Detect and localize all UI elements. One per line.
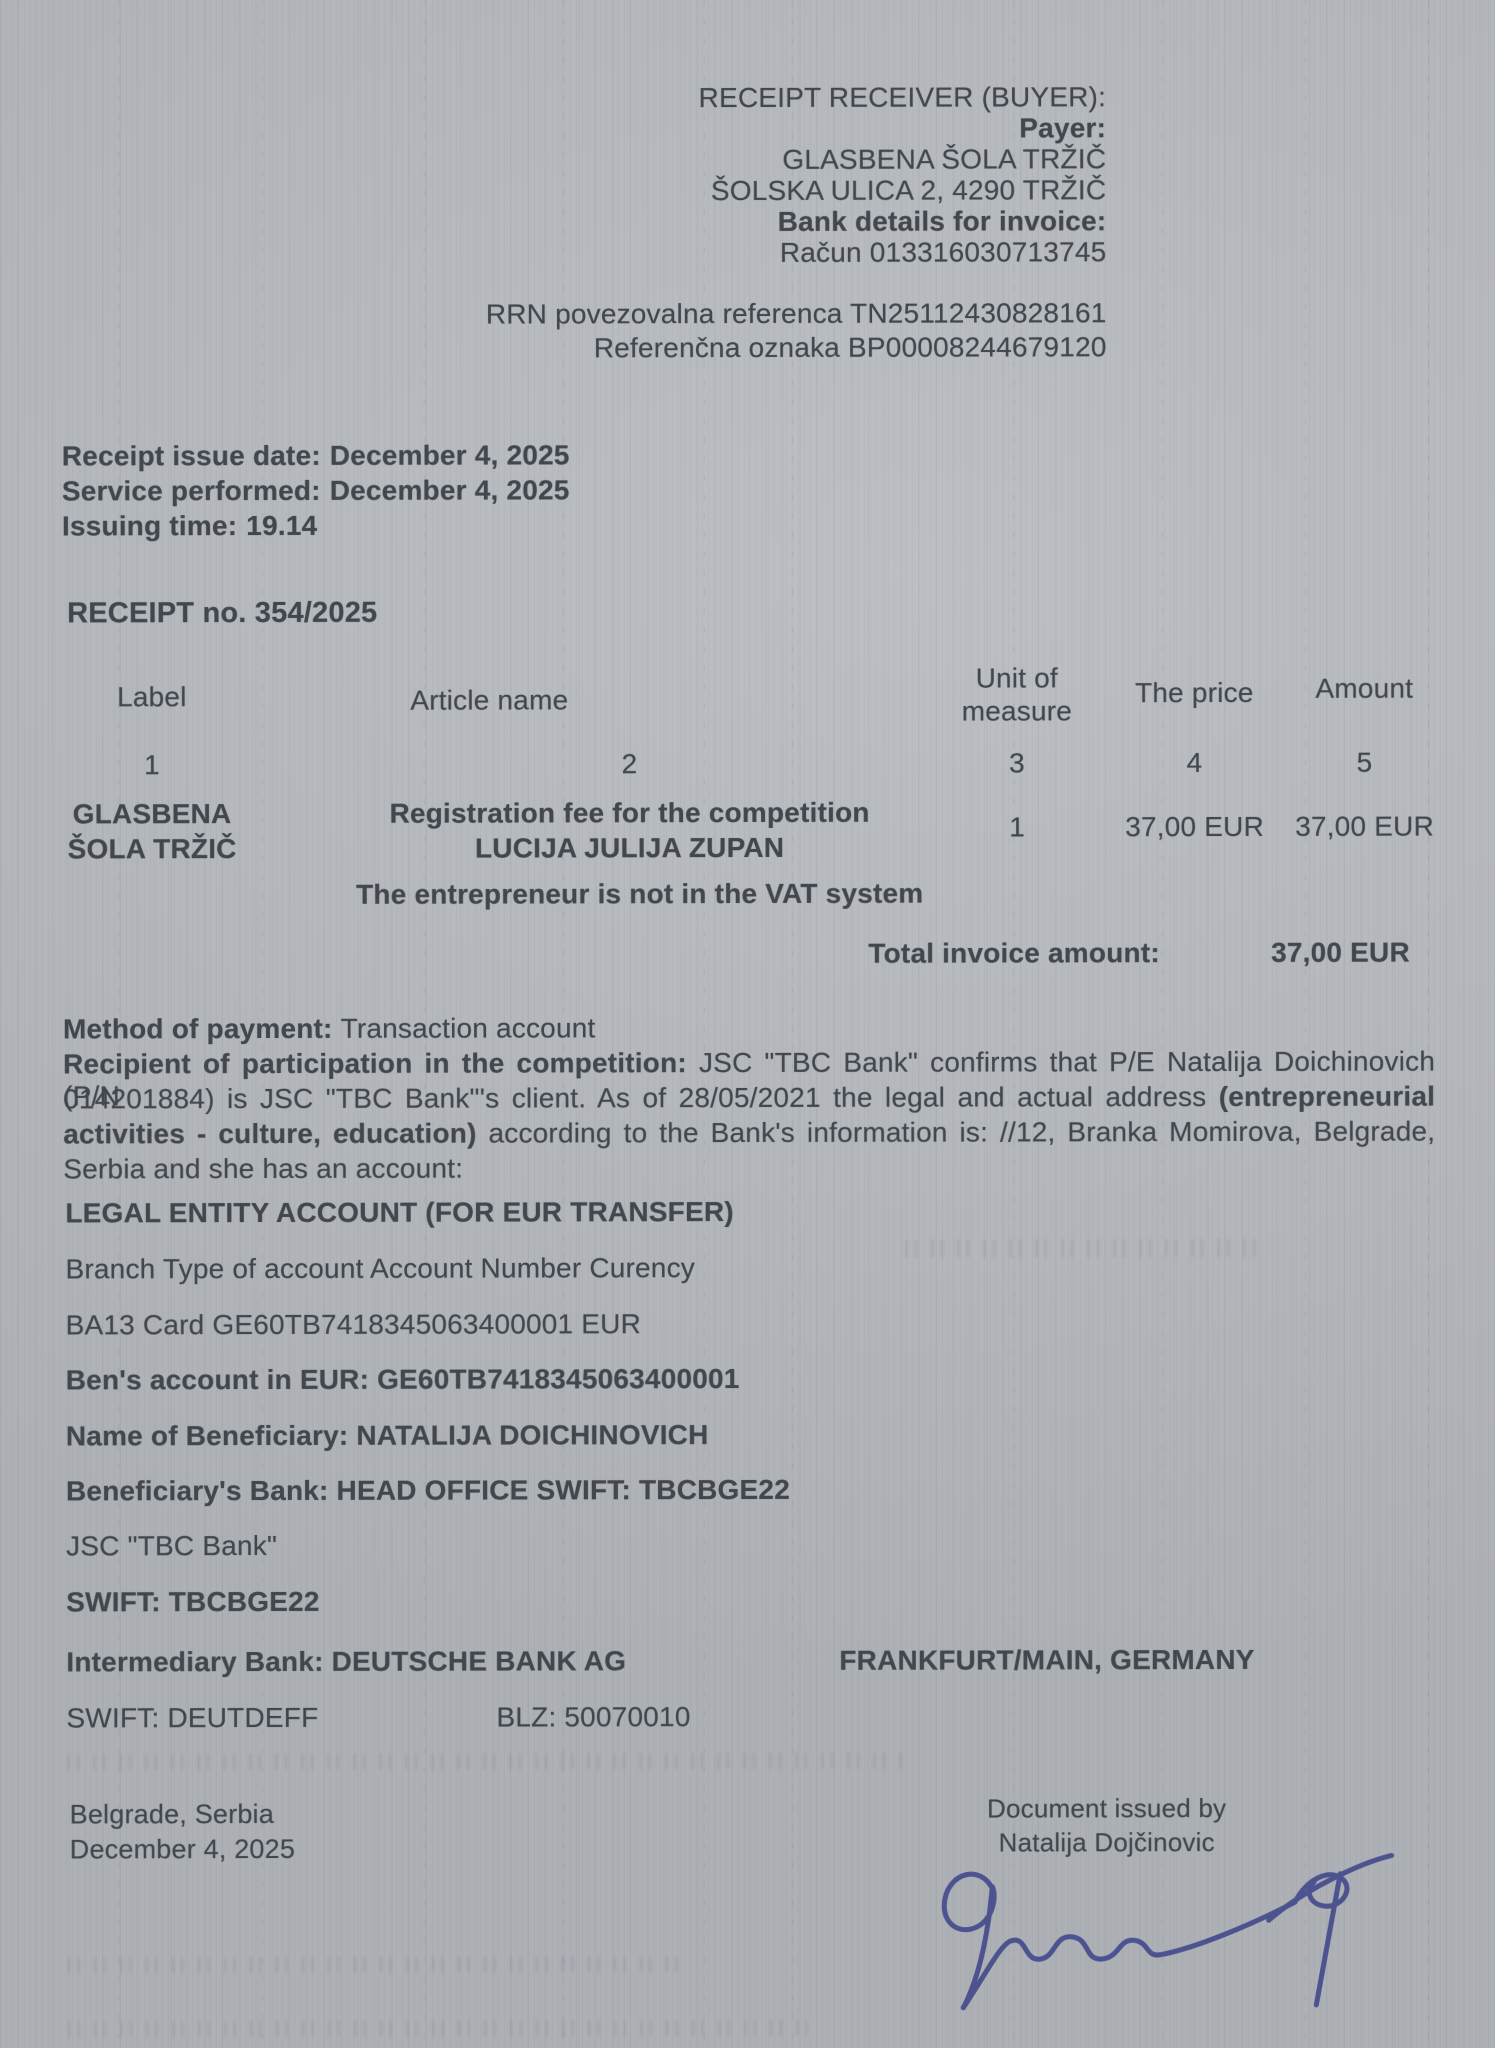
row-label-line1: GLASBENA [60,796,245,831]
row-label-line2: ŠOLA TRŽIČ [60,831,245,866]
activities-text: activities - culture, education) [63,1118,488,1150]
intermediary-swift-line: SWIFT: DEUTDEFF [66,1702,318,1735]
reference-block: RRN povezovalna referenca TN251124308281… [486,296,1107,365]
receipt-receiver-block: RECEIPT RECEIVER (BUYER): Payer: GLASBEN… [699,81,1107,268]
blz-line: BLZ: 50070010 [496,1701,690,1733]
payment-line-3: 014201884) is JSC "TBC Bank"'s client. A… [63,1081,1435,1116]
beneficiary-name-line: Name of Beneficiary: NATALIJA DOICHINOVI… [66,1419,709,1452]
row-price-cell: 37,00 EUR [1105,811,1285,843]
payer-address: ŠOLSKA ULICA 2, 4290 TRŽIČ [699,174,1107,206]
col-number-5: 5 [1289,747,1439,779]
col-header-price: The price [1104,677,1284,709]
col-number-1: 1 [59,749,244,781]
bleed-through-artifact [68,1956,688,1973]
receipt-number-title: RECEIPT no. 354/2025 [67,597,377,630]
has-account-text: Serbia and she has an account: [63,1153,463,1185]
address-text: according to the Bank's information is: … [488,1116,1435,1149]
row-amount-cell: 37,00 EUR [1290,811,1440,843]
footer-city: Belgrade, Serbia [70,1798,274,1830]
beneficiary-bank-line: Beneficiary's Bank: HEAD OFFICE SWIFT: T… [66,1474,790,1508]
service-performed-value: December 4, 2025 [330,474,570,506]
account-number-row: BA13 Card GE60TB7418345063400001 EUR [66,1308,641,1341]
rrn-reference-line: RRN povezovalna referenca TN251124308281… [486,296,1107,331]
row-label-cell: GLASBENA ŠOLA TRŽIČ [60,796,245,866]
bleed-through-artifact [68,1753,908,1771]
total-value: 37,00 EUR [1240,937,1410,969]
issue-date-label: Receipt issue date: [62,440,321,472]
client-text: 014201884) is JSC "TBC Bank"'s client. A… [63,1081,1219,1114]
payer-name: GLASBENA ŠOLA TRŽIČ [699,143,1107,175]
bleed-through-artifact [68,2020,808,2038]
ben-account-line: Ben's account in EUR: GE60TB741834506340… [66,1363,740,1396]
intermediary-bank-city: FRANKFURT/MAIN, GERMANY [839,1644,1254,1677]
row-unit-cell: 1 [930,811,1105,843]
issuing-time: Issuing time:19.14 [62,507,570,543]
col-header-amount: Amount [1289,673,1439,705]
service-performed-date: Service performed:December 4, 2025 [62,472,570,508]
payment-paragraph: Method of payment: Transaction account R… [63,1011,1435,1014]
col-header-article: Article name [239,684,739,717]
col-number-2: 2 [239,747,1019,781]
col-number-3: 3 [929,747,1104,779]
payer-label: Payer: [699,112,1107,144]
payment-line-5: Serbia and she has an account: [63,1151,1435,1186]
receipt-content: RECEIPT RECEIVER (BUYER): Payer: GLASBEN… [0,0,1495,2048]
entrepreneurial-text: (entrepreneurial [1219,1081,1435,1112]
payment-line-4: activities - culture, education) accordi… [63,1116,1435,1151]
legal-entity-heading: LEGAL ENTITY ACCOUNT (FOR EUR TRANSFER) [65,1196,733,1229]
row-article-line1: Registration fee for the competition [240,794,1020,831]
col-number-4: 4 [1104,747,1284,779]
account-columns-line: Branch Type of account Account Number Cu… [65,1252,695,1285]
vat-note: The entrepreneur is not in the VAT syste… [240,877,1040,911]
issue-date-value: December 4, 2025 [330,439,570,471]
bleed-through-artifact [905,1239,1255,1258]
reference-mark-line: Referenčna oznaka BP00008244679120 [486,330,1107,365]
method-of-payment-label: Method of payment: [63,1013,341,1045]
account-number-line: Račun 013316030713745 [699,236,1107,268]
service-performed-label: Service performed: [62,475,321,507]
issuing-time-value: 19.14 [246,510,317,541]
receiver-heading: RECEIPT RECEIVER (BUYER): [699,81,1107,113]
col-header-label: Label [59,681,244,713]
total-label: Total invoice amount: [700,937,1160,970]
row-article-cell: Registration fee for the competition LUC… [240,794,1020,866]
col-header-unit: Unit of measure [929,661,1104,727]
dates-block: Receipt issue date:December 4, 2025 Serv… [62,437,570,543]
signature-image [930,1845,1404,2024]
recipient-label: Recipient of participation in the compet… [63,1047,699,1079]
method-of-payment-value: Transaction account [341,1012,596,1044]
swift-line: SWIFT: TBCBGE22 [66,1586,320,1619]
payment-line-1: Method of payment: Transaction account [63,1011,1435,1046]
row-article-line2: LUCIJA JULIJA ZUPAN [240,829,1020,866]
issuing-time-label: Issuing time: [62,510,237,541]
bank-details-label: Bank details for invoice: [699,205,1107,237]
footer-date: December 4, 2025 [70,1833,295,1865]
issued-by-label: Document issued by [947,1792,1267,1825]
bank-name-line: JSC "TBC Bank" [66,1530,277,1562]
intermediary-bank-label: Intermediary Bank: DEUTSCHE BANK AG [66,1645,626,1678]
receipt-issue-date: Receipt issue date:December 4, 2025 [62,437,570,473]
